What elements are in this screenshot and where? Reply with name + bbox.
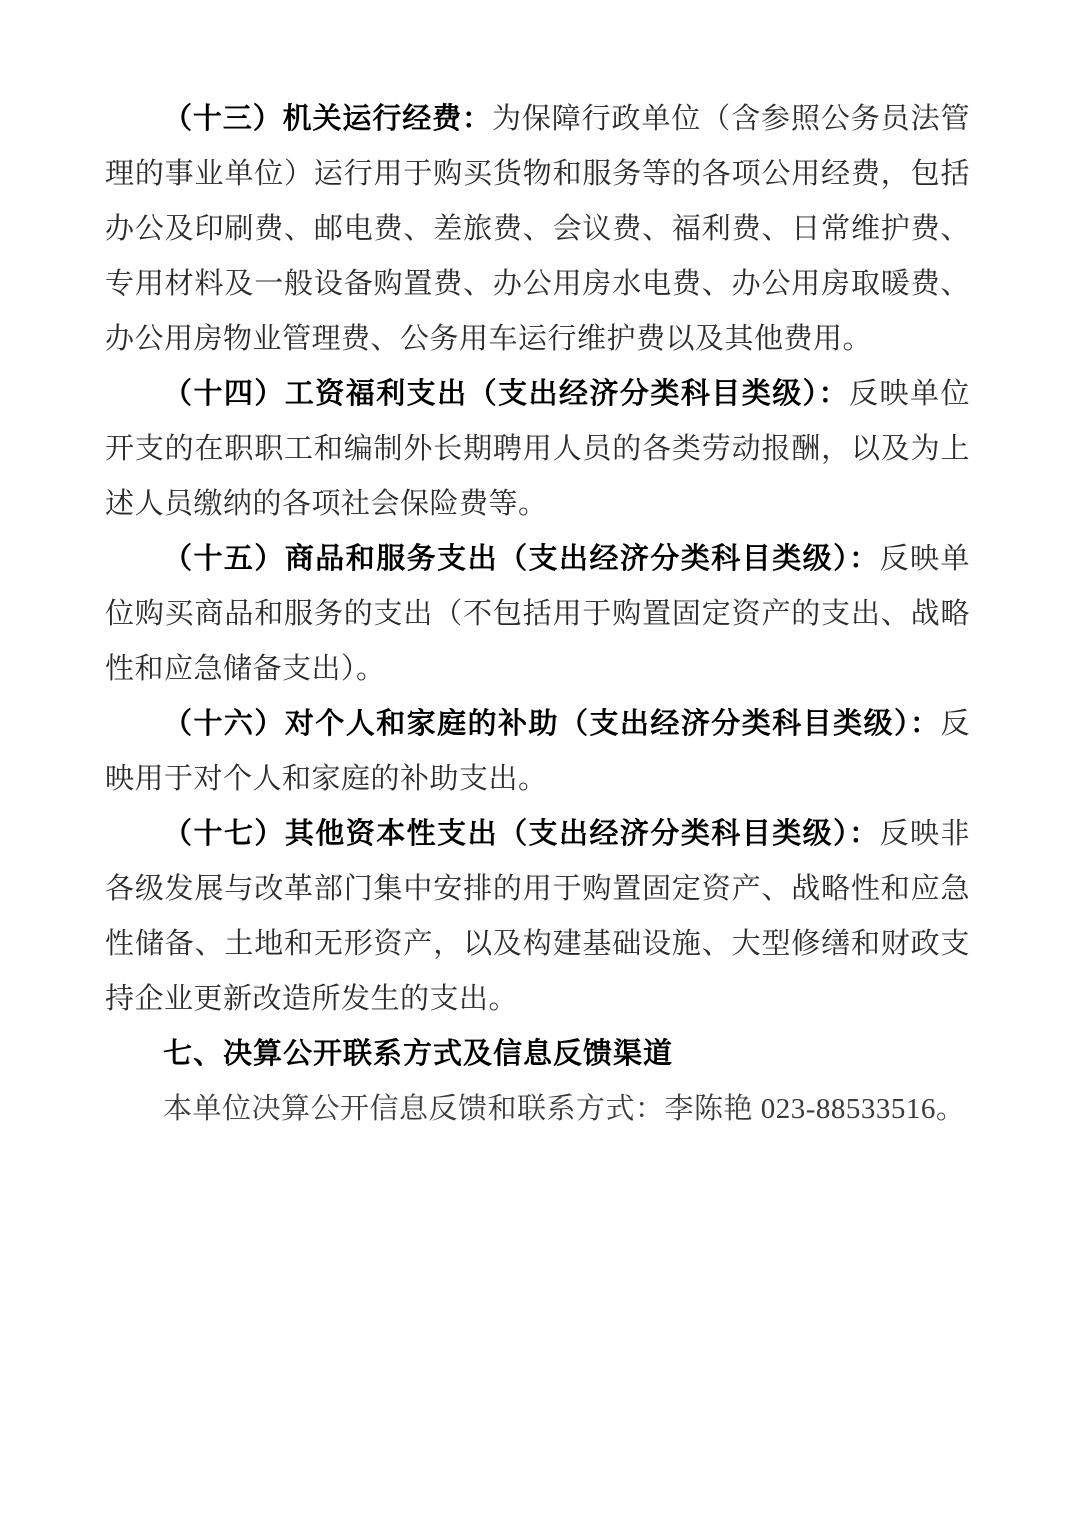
section-heading: 七、决算公开联系方式及信息反馈渠道 bbox=[105, 1027, 970, 1082]
contact-line-text: 本单位决算公开信息反馈和联系方式：李陈艳 023-88533516。 bbox=[163, 1093, 965, 1125]
paragraph-item-14: （十四）工资福利支出（支出经济分类科目类级）：反映单位开支的在职职工和编制外长期… bbox=[105, 367, 970, 532]
paragraph-13-body: 为保障行政单位（含参照公务员法管理的事业单位）运行用于购买货物和服务等的各项公用… bbox=[105, 103, 970, 355]
paragraph-16-lead: （十六）对个人和家庭的补助（支出经济分类科目类级）： bbox=[163, 708, 940, 740]
paragraph-item-17: （十七）其他资本性支出（支出经济分类科目类级）：反映非各级发展与改革部门集中安排… bbox=[105, 807, 970, 1027]
paragraph-14-lead: （十四）工资福利支出（支出经济分类科目类级）： bbox=[163, 378, 849, 410]
contact-line: 本单位决算公开信息反馈和联系方式：李陈艳 023-88533516。 bbox=[105, 1082, 970, 1137]
paragraph-item-15: （十五）商品和服务支出（支出经济分类科目类级）：反映单位购买商品和服务的支出（不… bbox=[105, 532, 970, 697]
document-page: （十三）机关运行经费：为保障行政单位（含参照公务员法管理的事业单位）运行用于购买… bbox=[0, 0, 1074, 1520]
paragraph-item-13: （十三）机关运行经费：为保障行政单位（含参照公务员法管理的事业单位）运行用于购买… bbox=[105, 92, 970, 367]
paragraph-15-lead: （十五）商品和服务支出（支出经济分类科目类级）： bbox=[163, 543, 880, 575]
paragraph-17-lead: （十七）其他资本性支出（支出经济分类科目类级）： bbox=[163, 818, 880, 850]
paragraph-item-16: （十六）对个人和家庭的补助（支出经济分类科目类级）：反映用于对个人和家庭的补助支… bbox=[105, 697, 970, 807]
document-content: （十三）机关运行经费：为保障行政单位（含参照公务员法管理的事业单位）运行用于购买… bbox=[0, 0, 1074, 1137]
paragraph-13-lead: （十三）机关运行经费： bbox=[163, 103, 492, 135]
